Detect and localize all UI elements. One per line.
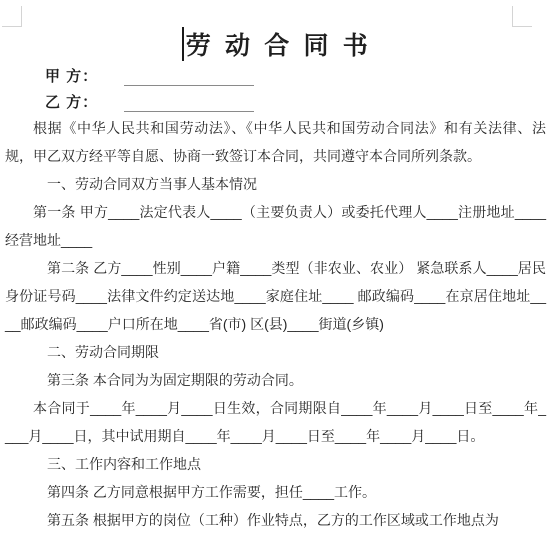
- paragraph-intro[interactable]: 根据《中华人民共和国劳动法》、《中华人民共和国劳动合同法》和有关法律、法规，甲乙…: [5, 114, 546, 170]
- document-page[interactable]: 劳 动 合 同 书 甲 方： 乙 方： 根据《中华人民共和国劳动法》、《中华人民…: [0, 0, 554, 560]
- margin-crop-mark-top-right-icon: [512, 6, 532, 27]
- party-a-label: 甲 方：: [45, 65, 98, 86]
- clause-3[interactable]: 第三条 本合同为为固定期限的劳动合同。: [5, 366, 546, 394]
- clause-4[interactable]: 第四条 乙方同意根据甲方工作需要，担任____工作。: [5, 478, 546, 506]
- party-b-label: 乙 方：: [45, 91, 98, 112]
- party-b-row: 乙 方：: [45, 92, 254, 112]
- clause-5[interactable]: 第五条 根据甲方的岗位（工种）作业特点，乙方的工作区域或工作地点为: [5, 506, 546, 534]
- party-a-row: 甲 方：: [45, 66, 254, 86]
- margin-crop-mark-top-left-icon: [2, 6, 22, 27]
- clause-1[interactable]: 第一条 甲方____法定代表人____（主要负责人）或委托代理人____注册地址…: [5, 198, 546, 254]
- document-title[interactable]: 劳 动 合 同 书: [186, 26, 372, 62]
- title-row: 劳 动 合 同 书: [0, 26, 554, 62]
- section-heading-3[interactable]: 三、工作内容和工作地点: [5, 450, 546, 478]
- section-heading-2[interactable]: 二、劳动合同期限: [5, 338, 546, 366]
- party-b-blank-line[interactable]: [124, 96, 254, 112]
- party-a-blank-line[interactable]: [124, 70, 254, 86]
- text-cursor-caret: [182, 27, 184, 61]
- clause-2[interactable]: 第二条 乙方____性别____户籍____类型（非农业、农业） 紧急联系人__…: [5, 254, 546, 338]
- clause-3-detail[interactable]: 本合同于____年____月____日生效，合同期限自____年____月___…: [5, 394, 546, 450]
- contract-body: 根据《中华人民共和国劳动法》、《中华人民共和国劳动合同法》和有关法律、法规，甲乙…: [5, 114, 546, 534]
- section-heading-1[interactable]: 一、劳动合同双方当事人基本情况: [5, 170, 546, 198]
